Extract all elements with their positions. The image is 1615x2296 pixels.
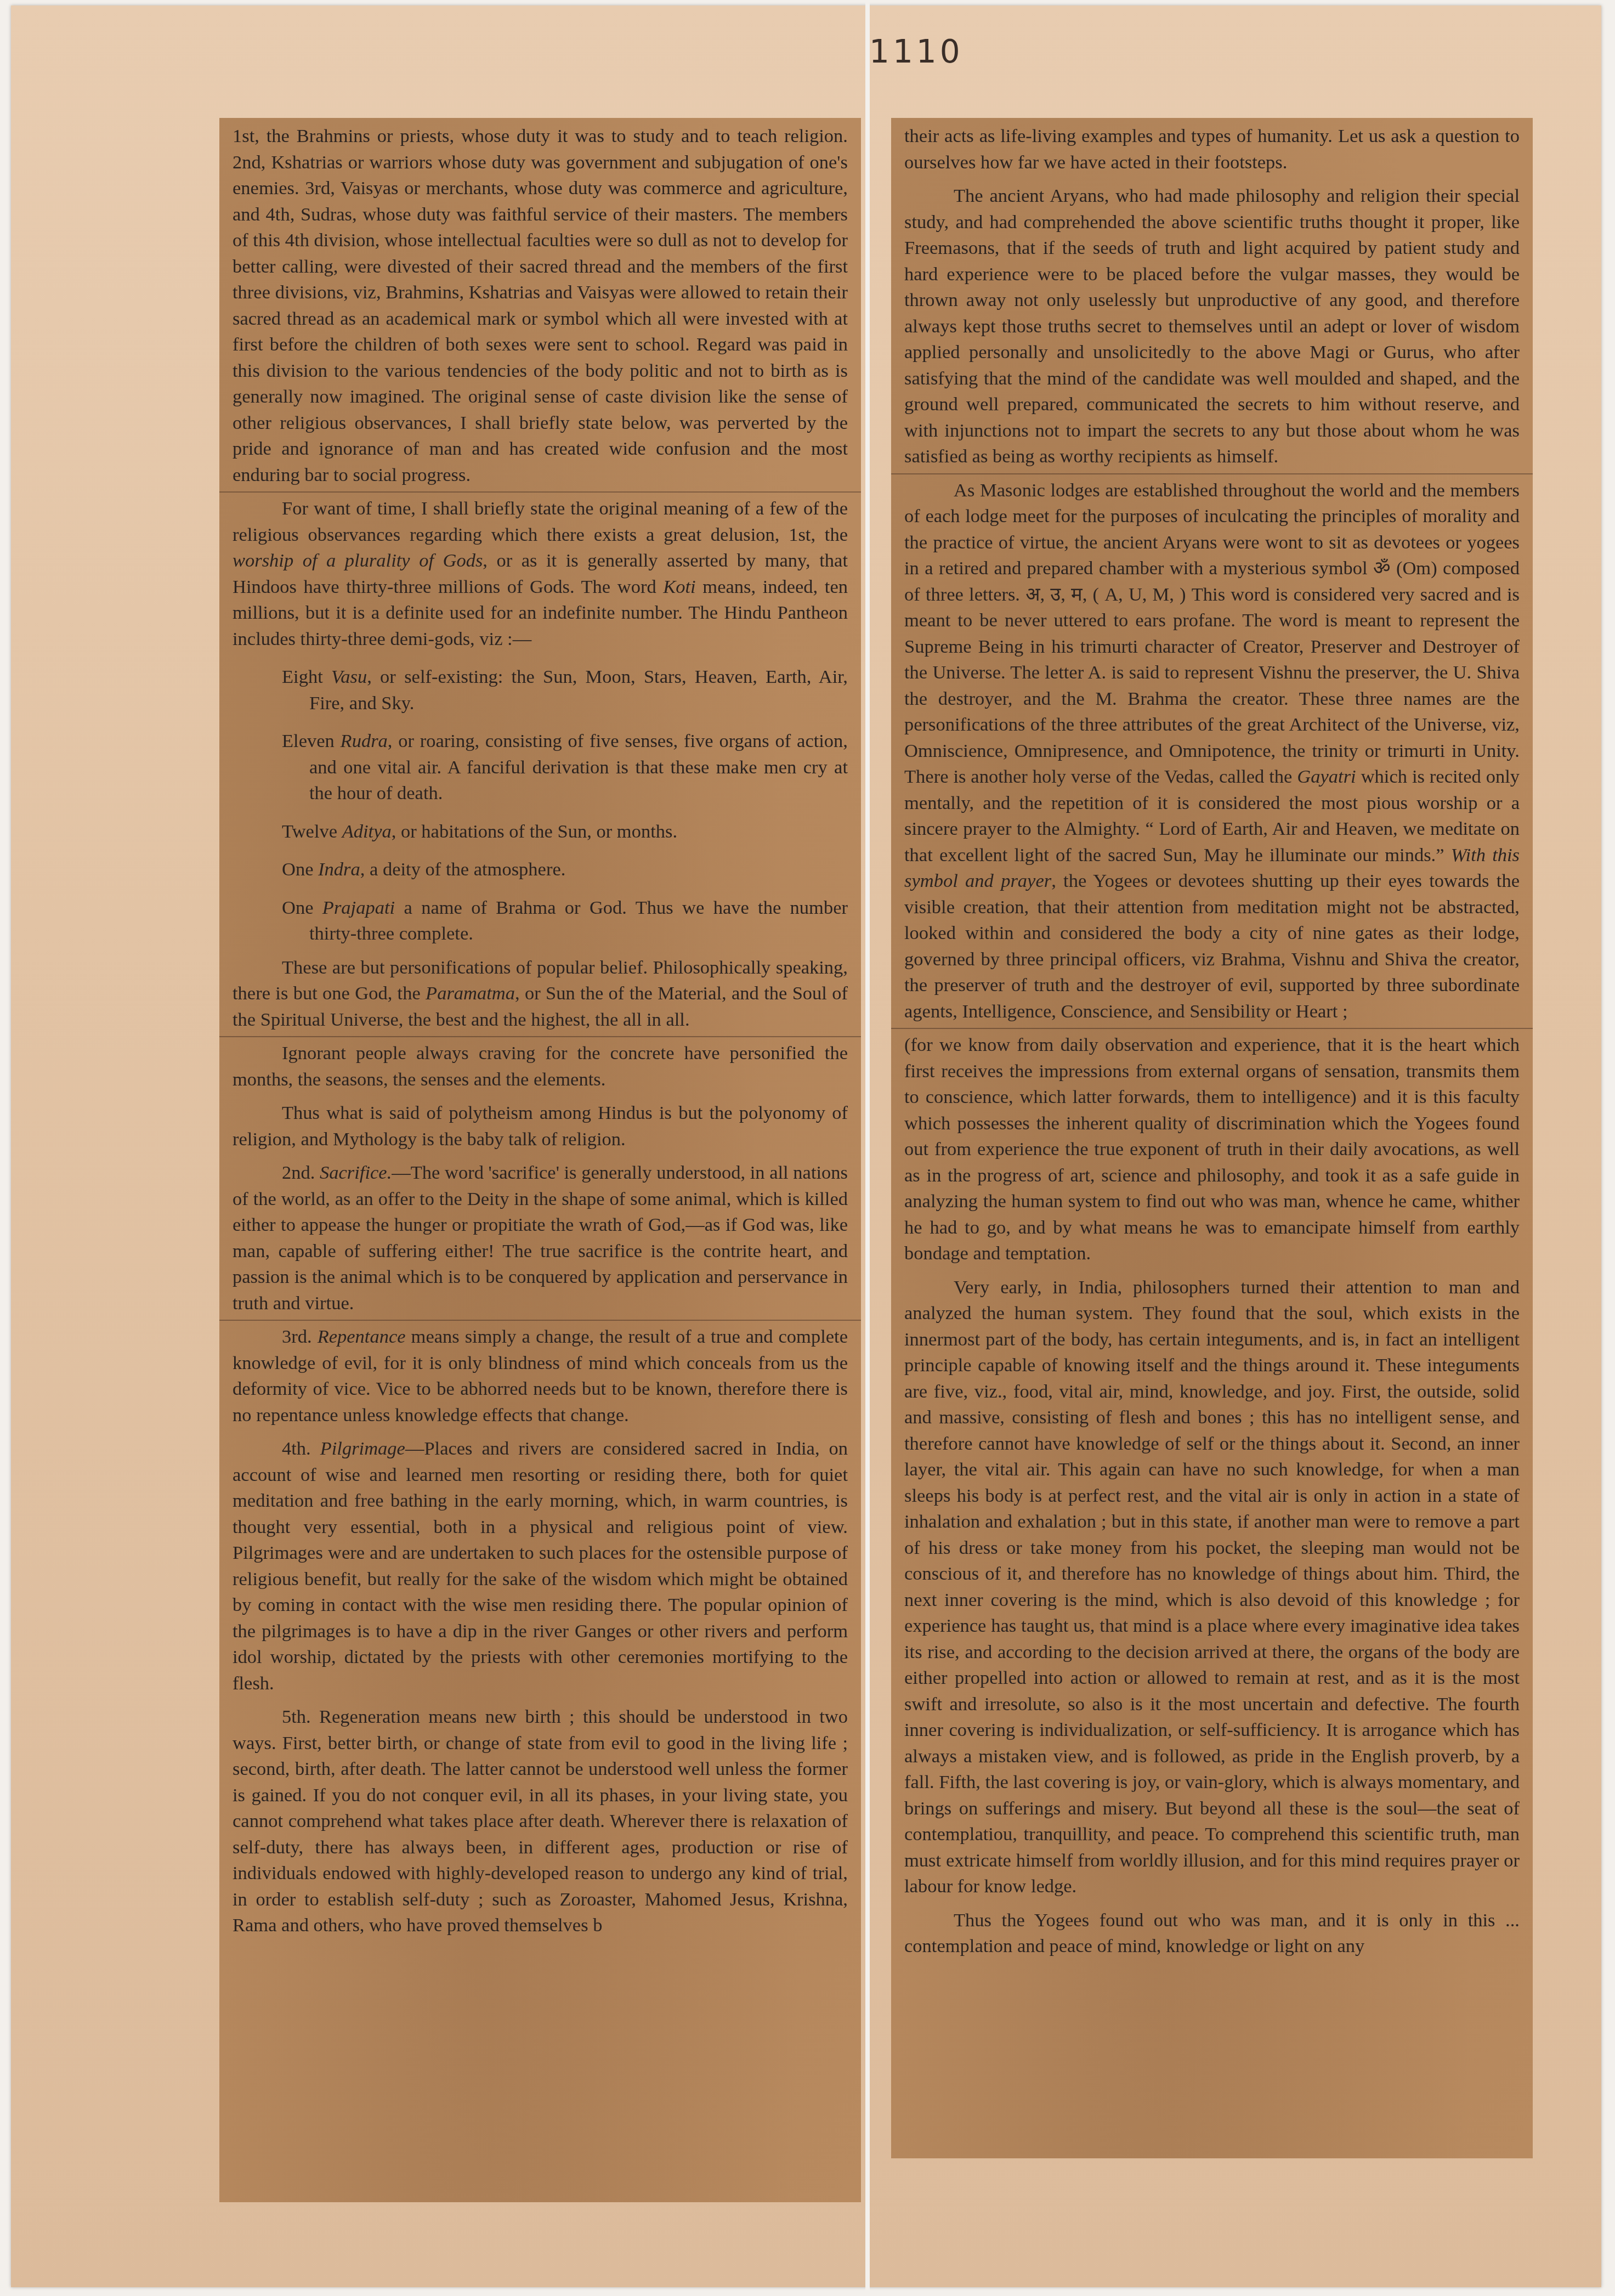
paragraph-want-of-time: For want of time, I shall briefly state … <box>233 496 848 652</box>
demigod-indra: One Indra, a deity of the atmosphere. <box>233 857 848 883</box>
paragraph-polytheism: Thus what is said of polytheism among Hi… <box>233 1100 848 1152</box>
clip-seam <box>219 1036 861 1037</box>
paragraph-masonic: As Masonic lodges are established throug… <box>904 478 1520 1025</box>
paragraph-personifications: These are but personifications of popula… <box>233 955 848 1033</box>
clip-seam <box>219 491 861 493</box>
paragraph-sacrifice: 2nd. Sacrifice.—The word 'sacrifice' is … <box>233 1160 848 1316</box>
paragraph-very-early: Very early, in India, philosophers turne… <box>904 1275 1520 1900</box>
paragraph-thus-yogees: Thus the Yogees found out who was man, a… <box>904 1908 1520 1960</box>
paragraph-ignorant: Ignorant people always craving for the c… <box>233 1040 848 1093</box>
paragraph-repentance: 3rd. Repentance means simply a change, t… <box>233 1324 848 1428</box>
demigod-rudra: Eleven Rudra, or roaring, consisting of … <box>233 728 848 807</box>
newspaper-clipping-right: their acts as life-living examples and t… <box>891 118 1533 2158</box>
paragraph-castes: 1st, the Brahmins or priests, whose duty… <box>233 123 848 488</box>
paragraph-regeneration: 5th. Regeneration means new birth ; this… <box>233 1704 848 1939</box>
clip-seam <box>891 473 1533 474</box>
paragraph-pilgrimage: 4th. Pilgrimage—Places and rivers are co… <box>233 1436 848 1696</box>
newspaper-clipping-left: 1st, the Brahmins or priests, whose duty… <box>219 118 861 2202</box>
demigod-aditya: Twelve Aditya, or habitations of the Sun… <box>233 819 848 845</box>
center-tear <box>865 0 870 2296</box>
clip-seam <box>219 1320 861 1321</box>
demigod-vasu: Eight Vasu, or self-existing: the Sun, M… <box>233 664 848 716</box>
paragraph-heart: (for we know from daily observation and … <box>904 1032 1520 1267</box>
handwritten-page-number: 1110 <box>869 33 964 70</box>
paragraph-aryans: The ancient Aryans, who had made philoso… <box>904 183 1520 470</box>
paragraph-examples: their acts as life-living examples and t… <box>904 123 1520 176</box>
clip-seam <box>891 1028 1533 1029</box>
demigod-prajapati: One Prajapati a name of Brahma or God. T… <box>233 895 848 947</box>
